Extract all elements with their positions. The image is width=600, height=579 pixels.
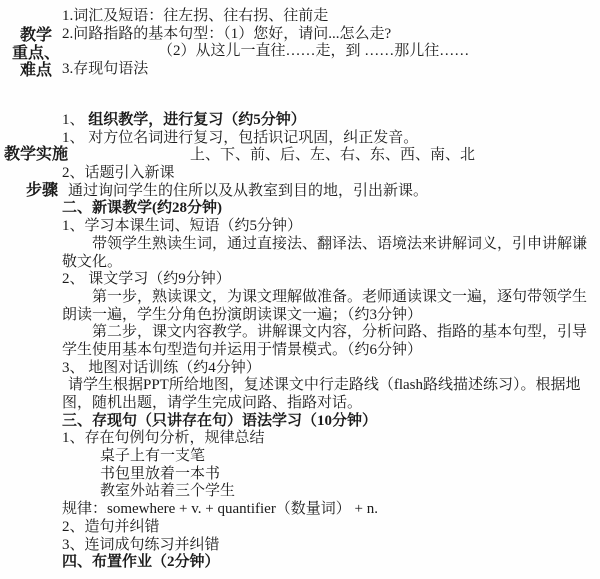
line-text: 1.词汇及短语：往左拐、往右拐、往前走 [62, 8, 328, 24]
implementation-line: 请学生根据PPT所给地图，复述课文中行走路线（flash路线描述练习）。根据地 [68, 377, 598, 395]
line-text: 带领学生熟读生词，通过直接法、翻译法、语境法来讲解词义，引申讲解谦 [92, 236, 587, 252]
line-text: 通过询问学生的住所以及从教室到目的地，引出新课。 [68, 183, 428, 199]
line-text: 四、布置作业（2分钟） [62, 554, 220, 570]
key-points-content: 1.词汇及短语：往左拐、往右拐、往前走2.问路指路的基本句型：（1）您好，请问.… [62, 8, 598, 79]
sidebar-label-line: 重点、 [6, 45, 66, 63]
implementation-line: 教室外站着三个学生 [100, 483, 598, 501]
line-text: 1、 对方位名词进行复习，包括识记巩固，纠正发音。 [62, 130, 418, 146]
implementation-line: 图，随机出题，请学生完成问路、指路对话。 [62, 395, 598, 413]
implementation-line: 学生使用基本句型造句并运用于情景模式。（约6分钟） [62, 342, 598, 360]
implementation-line: 书包里放着一本书 [100, 466, 598, 484]
line-text: 2、造句并纠错 [62, 519, 160, 535]
line-text: 3、 地图对话训练（约4分钟） [62, 360, 261, 376]
implementation-line: 1、 组织教学，进行复习（约5分钟） [62, 112, 598, 130]
implementation-line: 1、存在句例句分析，规律总结 [62, 430, 598, 448]
implementation-line: 规律：somewhere + v. + quantifier（数量词） + n. [62, 501, 598, 519]
line-text: 学生使用基本句型造句并运用于情景模式。（约6分钟） [62, 342, 422, 358]
key-points-line: 1.词汇及短语：往左拐、往右拐、往前走 [62, 8, 598, 26]
line-text: 桌子上有一支笔 [100, 448, 205, 464]
line-text: 书包里放着一本书 [100, 466, 220, 482]
implementation-line: 桌子上有一支笔 [100, 448, 598, 466]
implementation-line: 上、下、前、后、左、右、东、西、南、北 [190, 147, 598, 165]
implementation-line: 通过询问学生的住所以及从教室到目的地，引出新课。 [68, 183, 598, 201]
implementation-line: 3、 地图对话训练（约4分钟） [62, 360, 598, 378]
line-text: 上、下、前、后、左、右、东、西、南、北 [190, 147, 475, 163]
key-points-line: 2.问路指路的基本句型：（1）您好，请问...怎么走? [62, 26, 598, 44]
line-text: 组织教学，进行复习（约5分钟） [88, 112, 306, 128]
label-teaching-key-points: 教学重点、难点 [6, 27, 66, 80]
implementation-line: 敬文化。 [62, 254, 598, 272]
line-text: 1、存在句例句分析，规律总结 [62, 430, 265, 446]
line-text: 2.问路指路的基本句型：（1）您好，请问...怎么走? [62, 26, 391, 42]
line-text: 第二步，课文内容教学。讲解课文内容，分析问路、指路的基本句型，引导 [92, 324, 587, 340]
list-number: 1、 [62, 112, 88, 128]
line-text: 1、学习本课生词、短语（约5分钟） [62, 218, 302, 234]
line-text: 图，随机出题，请学生完成问路、指路对话。 [62, 395, 362, 411]
implementation-line: 2、造句并纠错 [62, 519, 598, 537]
line-text: 2、 课文学习（约9分钟） [62, 271, 231, 287]
line-text: （2）从这儿一直往……走，到 ……那儿往…… [158, 43, 469, 59]
key-points-line: 3.存现句语法 [62, 61, 598, 79]
implementation-line: 朗读一遍，学生分角色扮演朗读课文一遍；（约3分钟） [62, 307, 598, 325]
implementation-line: 四、布置作业（2分钟） [62, 554, 598, 572]
implementation-line: 第一步，熟读课文，为课文理解做准备。老师通读课文一遍，逐句带领学生 [92, 289, 598, 307]
lesson-plan-document: 教学重点、难点 教学实施 步骤 1.词汇及短语：往左拐、往右拐、往前走2.问路指… [0, 0, 600, 579]
implementation-line: 三、存现句（只讲存在句）语法学习（10分钟） [62, 413, 598, 431]
implementation-line: 3、连词成句练习并纠错 [62, 537, 598, 555]
line-text: 教室外站着三个学生 [100, 483, 235, 499]
sidebar-label-line: 难点 [6, 62, 66, 80]
line-text: 三、存现句（只讲存在句）语法学习（10分钟） [62, 413, 377, 429]
implementation-line: 2、话题引入新课 [62, 165, 598, 183]
line-text: 朗读一遍，学生分角色扮演朗读课文一遍；（约3分钟） [62, 307, 422, 323]
implementation-line: 1、 对方位名词进行复习，包括识记巩固，纠正发音。 [62, 130, 598, 148]
implementation-line: 第二步，课文内容教学。讲解课文内容，分析问路、指路的基本句型，引导 [92, 324, 598, 342]
line-text: 请学生根据PPT所给地图，复述课文中行走路线（flash路线描述练习）。根据地 [68, 377, 581, 393]
line-text: 二、新课教学(约28分钟) [62, 200, 222, 216]
implementation-line: 二、新课教学(约28分钟) [62, 200, 598, 218]
line-text: 2、话题引入新课 [62, 165, 175, 181]
line-text: 规律：somewhere + v. + quantifier（数量词） + n. [62, 501, 378, 517]
line-text: 3、连词成句练习并纠错 [62, 537, 220, 553]
implementation-line: 1、学习本课生词、短语（约5分钟） [62, 218, 598, 236]
line-text: 3.存现句语法 [62, 61, 148, 77]
implementation-steps-content: 1、 组织教学，进行复习（约5分钟）1、 对方位名词进行复习，包括识记巩固，纠正… [62, 112, 598, 572]
line-text: 敬文化。 [62, 254, 122, 270]
implementation-line: 带领学生熟读生词，通过直接法、翻译法、语境法来讲解词义，引申讲解谦 [92, 236, 598, 254]
key-points-line: （2）从这儿一直往……走，到 ……那儿往…… [158, 43, 598, 61]
implementation-line: 2、 课文学习（约9分钟） [62, 271, 598, 289]
sidebar-label-line: 教学 [6, 27, 66, 45]
line-text: 第一步，熟读课文，为课文理解做准备。老师通读课文一遍，逐句带领学生 [92, 289, 587, 305]
